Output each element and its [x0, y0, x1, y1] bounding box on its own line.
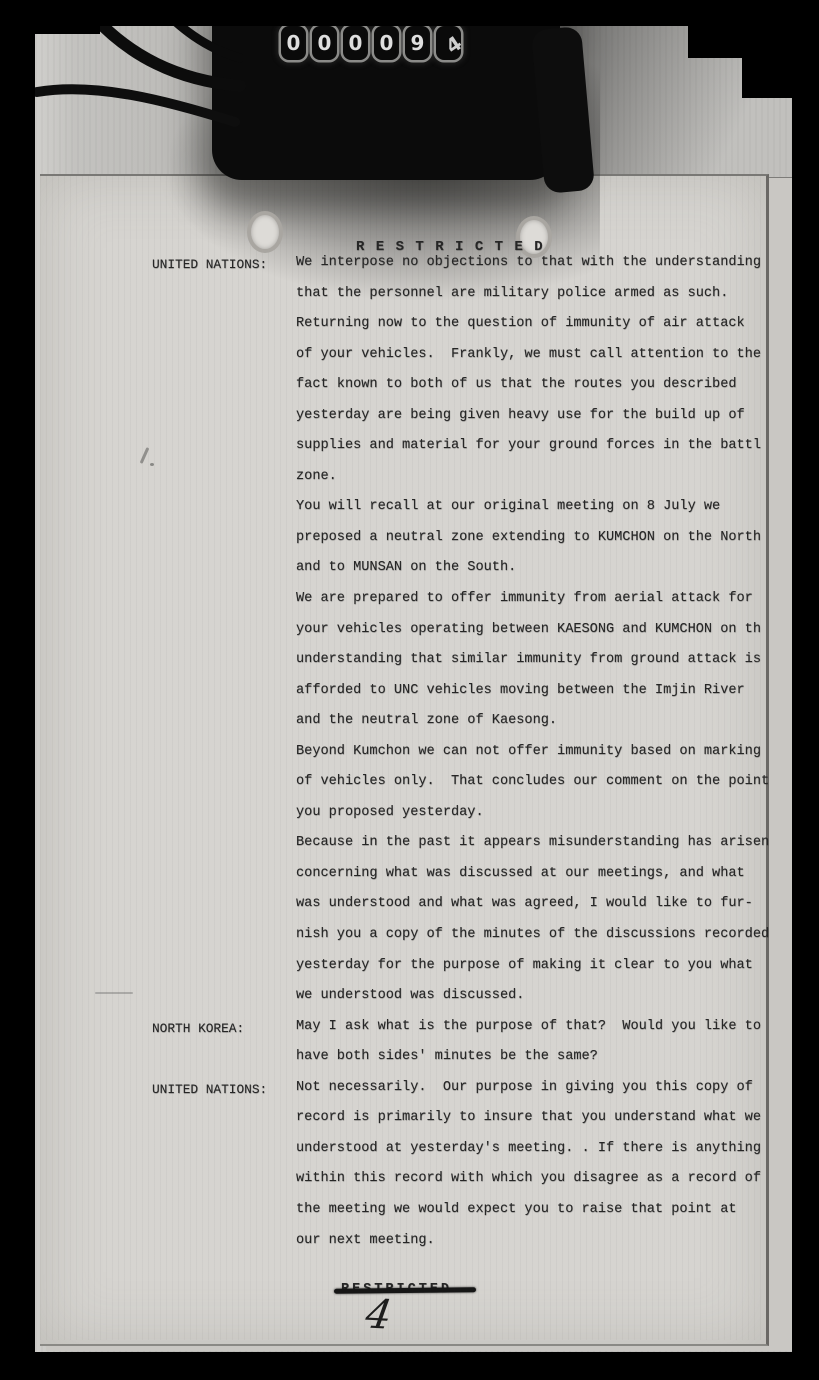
speech-line: fact known to both of us that the routes…: [296, 377, 772, 408]
speaker-label: UNITED NATIONS:: [152, 1082, 267, 1097]
dialogue: UNITED NATIONS:We interpose no objection…: [152, 255, 772, 1263]
counter-digit-value: 0: [287, 31, 301, 55]
speech-line: yesterday are being given heavy use for …: [296, 408, 772, 439]
speech-line: of your vehicles. Frankly, we must call …: [296, 347, 772, 378]
speech-line: record is primarily to insure that you u…: [296, 1110, 772, 1141]
counter-digit-value: 0: [380, 31, 394, 55]
film-border-right: [792, 0, 819, 1380]
pencil-dot: [150, 463, 154, 466]
speech-line: you proposed yesterday.: [296, 805, 772, 836]
speech-lines: Not necessarily. Our purpose in giving y…: [296, 1080, 772, 1263]
speaker-label: UNITED NATIONS:: [152, 257, 267, 272]
speech-line: have both sides' minutes be the same?: [296, 1049, 772, 1080]
speech-line: of vehicles only. That concludes our com…: [296, 774, 772, 805]
counter-digit-value: 0: [349, 31, 363, 55]
counter-digit: 4: [436, 26, 461, 60]
dialogue-entry: UNITED NATIONS:Not necessarily. Our purp…: [152, 1080, 772, 1263]
speech-line: We are prepared to offer immunity from a…: [296, 591, 772, 622]
speech-line: May I ask what is the purpose of that? W…: [296, 1019, 772, 1050]
speech-line: Returning now to the question of immunit…: [296, 316, 772, 347]
counter-digit: 0: [312, 26, 337, 60]
speech-line: Not necessarily. Our purpose in giving y…: [296, 1080, 772, 1111]
speech-line: yesterday for the purpose of making it c…: [296, 958, 772, 989]
speech-lines: We interpose no objections to that with …: [296, 255, 772, 1019]
speech-line: We interpose no objections to that with …: [296, 255, 772, 286]
speech-line: was understood and what was agreed, I wo…: [296, 896, 772, 927]
paper-smudge: [95, 992, 133, 994]
speaker-label: NORTH KOREA:: [152, 1021, 244, 1036]
frame-counter: 000094: [281, 26, 461, 60]
speech-line: preposed a neutral zone extending to KUM…: [296, 530, 772, 561]
punch-hole-left: [247, 211, 283, 253]
film-border-left: [0, 0, 35, 1380]
speech-line: that the personnel are military police a…: [296, 286, 772, 317]
speech-line: afforded to UNC vehicles moving between …: [296, 683, 772, 714]
counter-digit: 0: [281, 26, 306, 60]
speech-line: You will recall at our original meeting …: [296, 499, 772, 530]
speech-line: and to MUNSAN on the South.: [296, 560, 772, 591]
speech-line: zone.: [296, 469, 772, 500]
speech-line: Beyond Kumchon we can not offer immunity…: [296, 744, 772, 775]
dialogue-entry: UNITED NATIONS:We interpose no objection…: [152, 255, 772, 1019]
counter-digit: 0: [343, 26, 368, 60]
speech-line: we understood was discussed.: [296, 988, 772, 1019]
counter-digit-value: 0: [318, 31, 332, 55]
speech-line: within this record with which you disagr…: [296, 1171, 772, 1202]
film-border-bottom: [0, 1352, 819, 1380]
classification-header: R E S T R I C T E D: [356, 239, 544, 255]
counter-digit: 0: [374, 26, 399, 60]
counter-digit: 9: [405, 26, 430, 60]
counter-digit-value: 9: [411, 31, 425, 55]
speech-line: understood at yesterday's meeting. . If …: [296, 1141, 772, 1172]
speech-line: concerning what was discussed at our mee…: [296, 866, 772, 897]
speech-line: nish you a copy of the minutes of the di…: [296, 927, 772, 958]
speech-line: our next meeting.: [296, 1233, 772, 1264]
speech-line: your vehicles operating between KAESONG …: [296, 622, 772, 653]
counter-digit-value: 4: [441, 31, 461, 59]
speech-lines: May I ask what is the purpose of that? W…: [296, 1019, 772, 1080]
speech-line: and the neutral zone of Kaesong.: [296, 713, 772, 744]
speech-line: Because in the past it appears misunders…: [296, 835, 772, 866]
speech-line: the meeting we would expect you to raise…: [296, 1202, 772, 1233]
speech-line: understanding that similar immunity from…: [296, 652, 772, 683]
speech-line: supplies and material for your ground fo…: [296, 438, 772, 469]
dialogue-entry: NORTH KOREA:May I ask what is the purpos…: [152, 1019, 772, 1080]
